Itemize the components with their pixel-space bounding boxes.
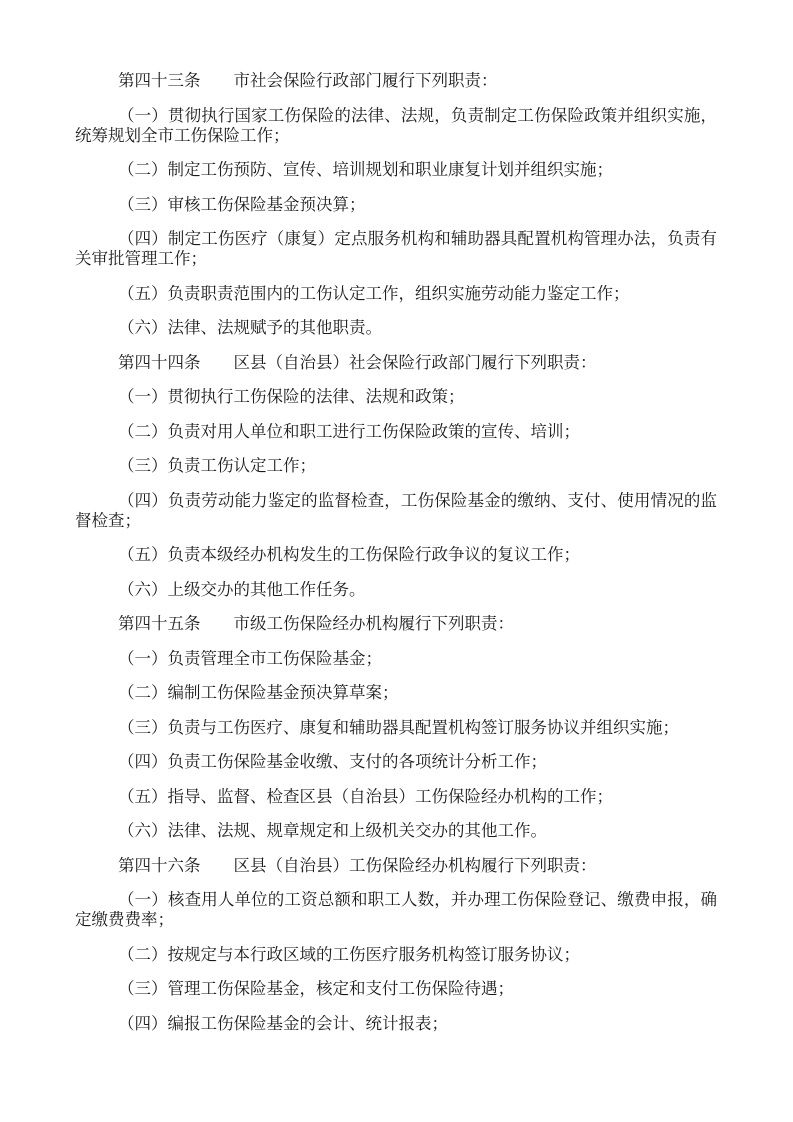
article-43-clause-5: （五）负责职责范围内的工伤认定工作，组织实施劳动能力鉴定工作； [75, 284, 717, 304]
article-43-clause-4: （四）制定工伤医疗（康复）定点服务机构和辅助器具配置机构管理办法，负责有关审批管… [75, 229, 717, 269]
article-43-clause-2: （二）制定工伤预防、宣传、培训规划和职业康复计划并组织实施； [75, 160, 717, 180]
article-46-heading: 第四十六条 区县（自治县）工伤保险经办机构履行下列职责： [75, 856, 717, 876]
article-44-heading: 第四十四条 区县（自治县）社会保险行政部门履行下列职责： [75, 353, 717, 373]
document-page: 第四十三条 市社会保险行政部门履行下列职责： （一）贯彻执行国家工伤保险的法律、… [0, 0, 793, 1122]
article-45-clause-3: （三）负责与工伤医疗、康复和辅助器具配置机构签订服务协议并组织实施； [75, 718, 717, 738]
article-44-clause-1: （一）贯彻执行工伤保险的法律、法规和政策； [75, 387, 717, 407]
article-43-clause-6: （六）法律、法规赋予的其他职责。 [75, 318, 717, 338]
article-45-clause-6: （六）法律、法规、规章规定和上级机关交办的其他工作。 [75, 821, 717, 841]
article-45-heading: 第四十五条 市级工伤保险经办机构履行下列职责： [75, 614, 717, 634]
article-44-clause-6: （六）上级交办的其他工作任务。 [75, 580, 717, 600]
article-46-clause-4: （四）编报工伤保险基金的会计、统计报表； [75, 1014, 717, 1034]
article-44-clause-5: （五）负责本级经办机构发生的工伤保险行政争议的复议工作； [75, 545, 717, 565]
article-44-clause-3: （三）负责工伤认定工作； [75, 456, 717, 476]
article-44-clause-4: （四）负责劳动能力鉴定的监督检查，工伤保险基金的缴纳、支付、使用情况的监督检查； [75, 491, 717, 531]
article-45-clause-1: （一）负责管理全市工伤保险基金； [75, 649, 717, 669]
article-46-clause-2: （二）按规定与本行政区域的工伤医疗服务机构签订服务协议； [75, 945, 717, 965]
article-43-heading: 第四十三条 市社会保险行政部门履行下列职责： [75, 71, 717, 91]
article-45-clause-2: （二）编制工伤保险基金预决算草案； [75, 683, 717, 703]
article-45-clause-4: （四）负责工伤保险基金收缴、支付的各项统计分析工作； [75, 752, 717, 772]
article-43-clause-1: （一）贯彻执行国家工伤保险的法律、法规，负责制定工伤保险政策并组织实施，统筹规划… [75, 106, 717, 146]
article-44-clause-2: （二）负责对用人单位和职工进行工伤保险政策的宣传、培训； [75, 422, 717, 442]
article-43-clause-3: （三）审核工伤保险基金预决算； [75, 195, 717, 215]
article-45-clause-5: （五）指导、监督、检查区县（自治县）工伤保险经办机构的工作； [75, 787, 717, 807]
article-46-clause-1: （一）核查用人单位的工资总额和职工人数，并办理工伤保险登记、缴费申报，确定缴费费… [75, 890, 717, 930]
article-46-clause-3: （三）管理工伤保险基金，核定和支付工伤保险待遇； [75, 979, 717, 999]
